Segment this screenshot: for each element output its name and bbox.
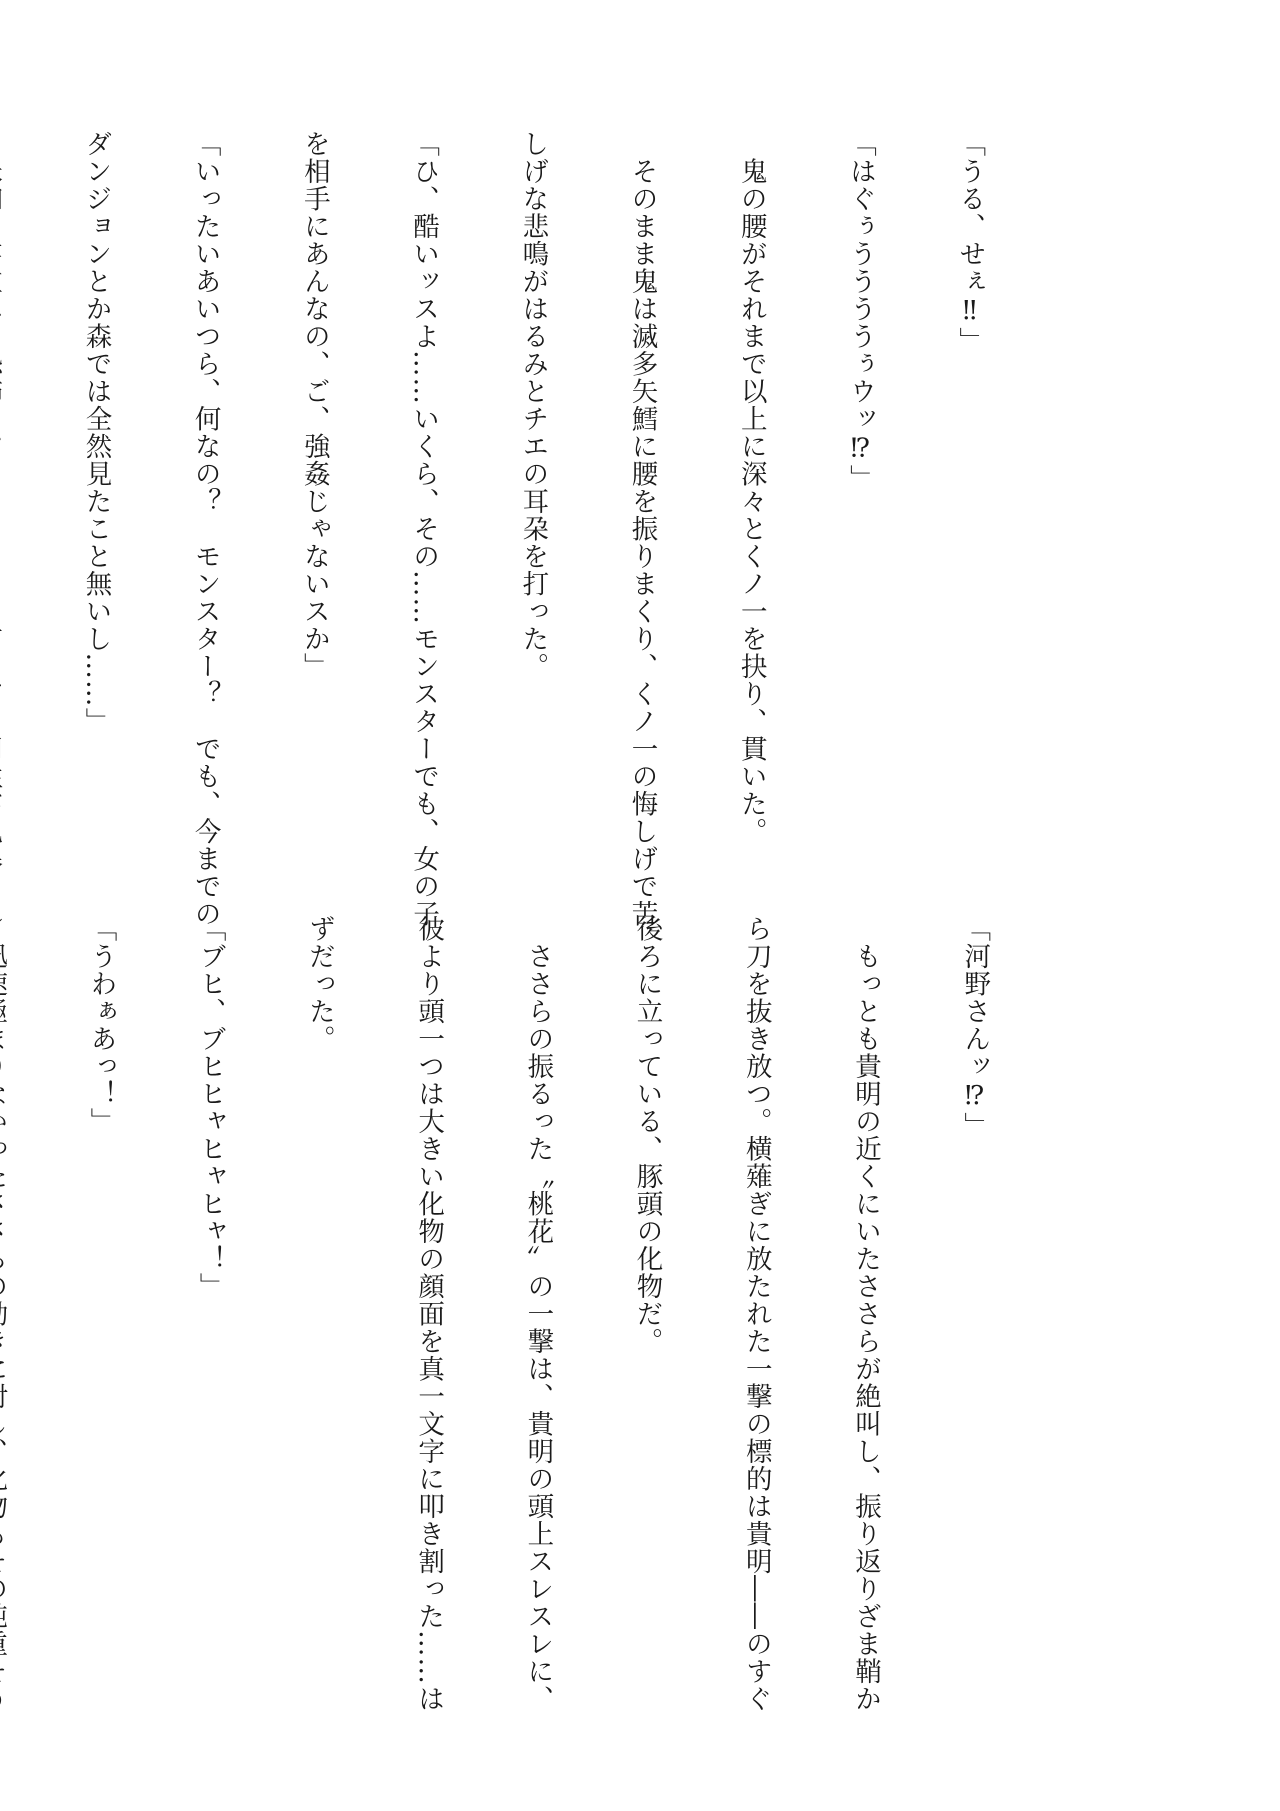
text-line: 「ブヒ、ブヒヒャヒャヒャ！」	[191, 915, 227, 1605]
text-line: ずだった。	[300, 915, 336, 1605]
text-block-bottom: 「河野さんッ⁉」 もっとも貴明の近くにいたささらが絶叫し、振り返りざま鞘か ら刀…	[0, 915, 1065, 1605]
text-block-top: 「うる、せぇ‼」 「はぐぅううううぅウッ⁉」 鬼の腰がそれまで以上に深々とくノ一…	[0, 130, 1060, 820]
text-line: ら刀を抜き放つ。横薙ぎに放たれた一撃の標的は貴明――のすぐ	[737, 915, 773, 1605]
text-line: しげな悲鳴がはるみとチエの耳朶を打った。	[514, 130, 550, 820]
text-line: 「うわぁあっ！」	[82, 915, 118, 1605]
text-line: 「河野さんッ⁉」	[956, 915, 992, 1605]
text-line: 後ろに立っている、豚頭の化物だ。	[628, 915, 664, 1605]
text-line: 彼より頭一つは大きい化物の顔面を真一文字に叩き割った……は	[410, 915, 446, 1605]
text-line: もっとも貴明の近くにいたささらが絶叫し、振り返りざま鞘か	[847, 915, 883, 1605]
text-line: 鬼の腰がそれまで以上に深々とくノ一を抉り、貫いた。	[732, 130, 768, 820]
text-line: 迅速極まりなかったささらの動きに対し、化物もその鈍重そう	[0, 915, 9, 1605]
text-line: を相手にあんなの、ご、強姦じゃないスか」	[295, 130, 331, 820]
text-line: 「いったいあいつら、何なの？ モンスター？ でも、今までの	[186, 130, 222, 820]
text-line: ダンジョンとか森では全然見たこと無いし……」	[77, 130, 113, 820]
text-line: ささらの振るった〝桃花〟の一撃は、貴明の頭上スレスレに、	[519, 915, 555, 1605]
text-line: 未知の存在への恐怖と、モンスターと言えども同性が乱暴され	[0, 130, 4, 820]
text-line: 「うる、せぇ‼」	[951, 130, 987, 820]
text-line: 「ひ、酷いッスよ……いくら、その……モンスターでも、女の子	[405, 130, 441, 820]
text-line: そのまま鬼は滅多矢鱈に腰を振りまくり、くノ一の悔しげで苦	[623, 130, 659, 820]
text-line: 「はぐぅううううぅウッ⁉」	[842, 130, 878, 820]
